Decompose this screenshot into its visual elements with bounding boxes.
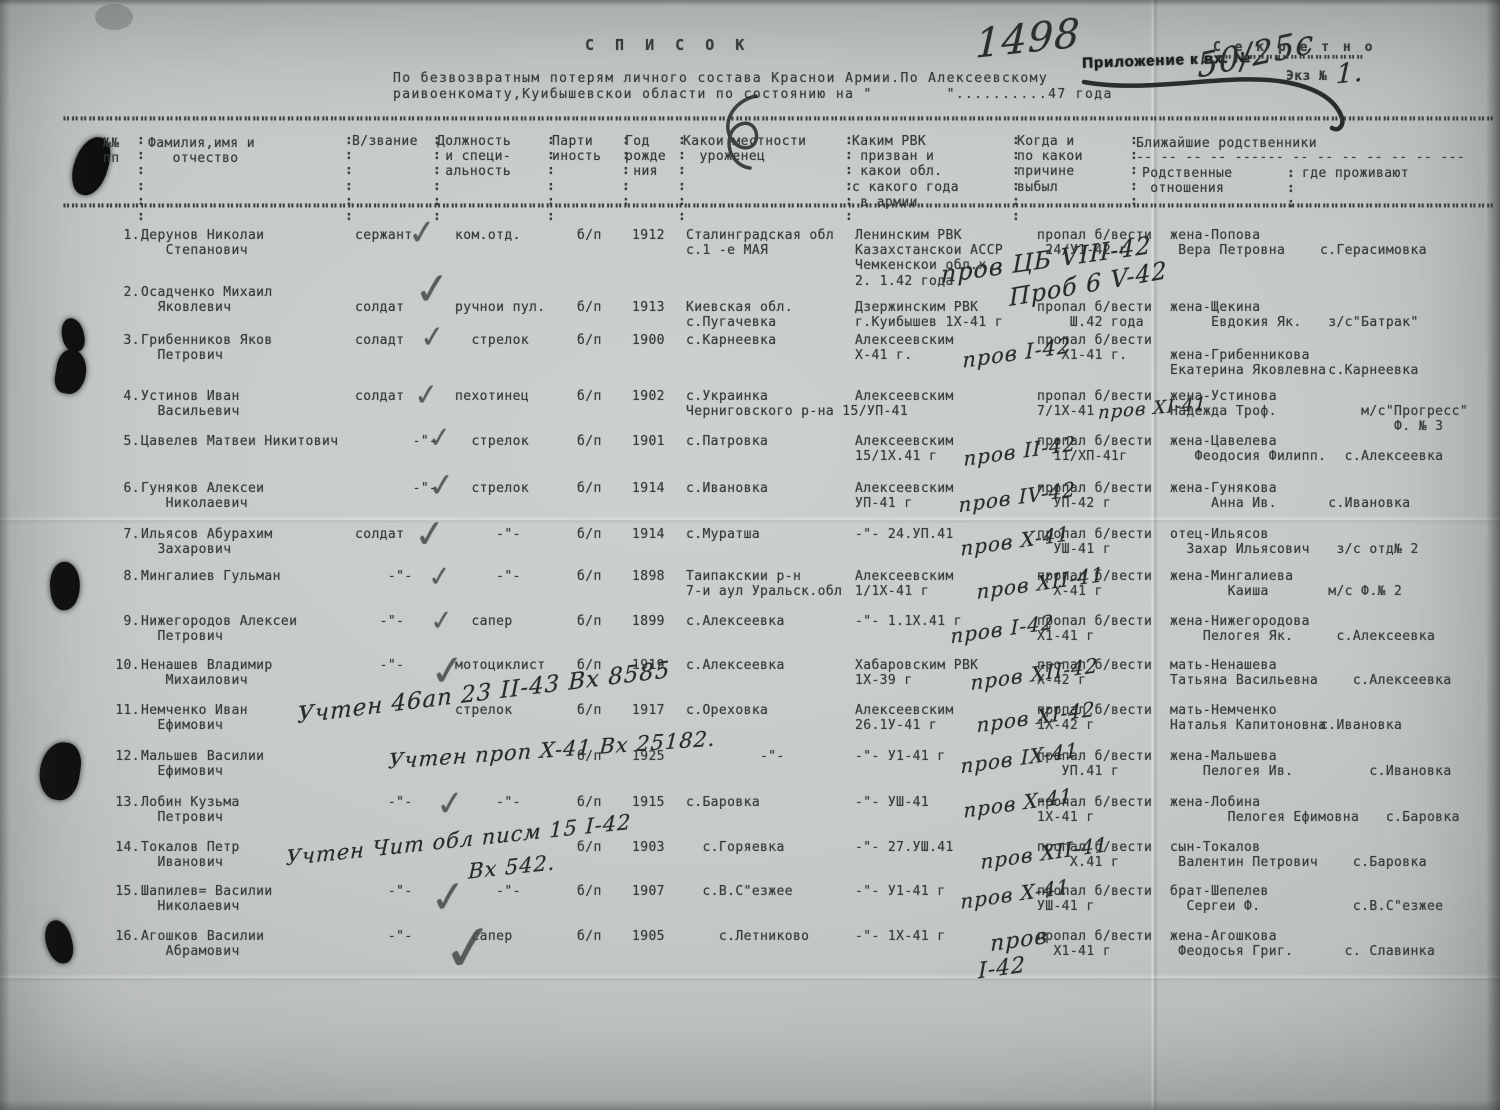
paper-fold-crease xyxy=(0,974,1500,982)
row-birthplace: с.В.С"езжее xyxy=(686,884,793,899)
row-rank: солдат xyxy=(355,389,404,404)
row-party-status: б/п xyxy=(577,884,602,899)
row-number: 4. xyxy=(100,389,140,404)
document-number-handwritten: 1498 xyxy=(974,10,1081,67)
row-residence: м/с"Прогресс" Ф. № 3 xyxy=(1320,389,1468,435)
row-full-name: Осадченко Михаил Яковлевич xyxy=(141,285,273,315)
horizontal-divider: """"""""""""""""""""""""""""""""""""""""… xyxy=(62,203,1494,219)
row-birth-year: 1914 xyxy=(632,481,665,496)
row-birth-year: 1912 xyxy=(632,228,665,243)
row-number: 10. xyxy=(100,658,140,673)
row-residence: с.Алексеевка xyxy=(1320,614,1435,644)
scanned-document-page: С П И С О К 1498 Приложение к вх. № 50/2… xyxy=(0,0,1500,1110)
row-number: 16. xyxy=(100,929,140,944)
row-rvk: Алексеевским Х-41 г. xyxy=(855,333,954,363)
checkmark-annotation: ✓ xyxy=(426,559,453,594)
handwritten-annotation: пров XII-42 xyxy=(971,653,1099,695)
row-birth-year: 1905 xyxy=(632,929,665,944)
row-number: 15. xyxy=(100,884,140,899)
checkmark-annotation: ✓ xyxy=(434,783,467,826)
row-relative: жена-Мингалиева Каиша xyxy=(1170,569,1293,599)
row-full-name: Немченко Иван Ефимович xyxy=(141,703,248,733)
row-party-status: б/п xyxy=(577,333,602,348)
header-col-when-lost: Когда и по какои причине выбыл xyxy=(1017,134,1083,195)
row-number: 11. xyxy=(100,703,140,718)
row-position: -"- xyxy=(455,527,521,542)
row-relative: жена-Нижегородова Пелогея Як. xyxy=(1170,614,1310,644)
row-position: стрелок xyxy=(455,333,529,348)
row-party-status: б/п xyxy=(577,389,602,404)
header-col-name: Фамилия,имя и отчество xyxy=(148,136,255,166)
row-position: мотоциклист xyxy=(455,658,546,673)
row-rank: -"- xyxy=(355,795,413,810)
column-separator: : : : : : : xyxy=(678,133,686,224)
row-party-status: б/п xyxy=(577,285,602,315)
row-full-name: Гуняков Алексеи Николаевич xyxy=(141,481,264,511)
row-number: 1. xyxy=(100,228,140,243)
row-birthplace: с.Горяевка xyxy=(686,840,785,855)
header-col-relation: Родственные отношения xyxy=(1142,166,1233,196)
checkmark-annotation: ✓ xyxy=(426,420,453,455)
row-residence: м/с Ф.№ 2 xyxy=(1320,569,1402,599)
paper-tear-artifact xyxy=(36,739,84,802)
row-birth-year: 1913 xyxy=(632,285,665,315)
row-relative: жена-Попова Вера Петровна xyxy=(1170,228,1285,258)
checkmark-annotation: ✓ xyxy=(412,510,448,557)
row-residence: с.В.С"езжее xyxy=(1320,884,1443,914)
row-full-name: Агошков Василии Абрамович xyxy=(141,929,264,959)
row-birth-year: 1914 xyxy=(632,527,665,542)
row-residence: с.Карнеевка xyxy=(1320,333,1419,379)
row-position: ручнои пул. xyxy=(455,285,546,315)
row-residence: с.Баровка xyxy=(1320,795,1460,825)
row-party-status: б/п xyxy=(577,795,602,810)
paper-tear-artifact xyxy=(60,317,87,354)
header-col-rank: В/звание xyxy=(352,134,418,149)
row-party-status: б/п xyxy=(577,481,602,496)
paper-fold-crease xyxy=(0,516,1500,524)
row-rvk: -"- 1.1Х.41 г xyxy=(855,614,962,629)
header-col-birth-year: Год рожде ния xyxy=(625,134,666,180)
column-separator: : : : : : : xyxy=(345,133,353,224)
checkmark-annotation: ✓ xyxy=(411,262,453,317)
column-separator: : : : : : xyxy=(622,133,630,209)
row-full-name: Лобин Кузьма Петрович xyxy=(141,795,240,825)
row-number: 14. xyxy=(100,840,140,855)
row-birthplace: с.Алексеевка xyxy=(686,658,785,673)
row-rvk: Алексеевским xyxy=(855,389,954,404)
row-position: сапер xyxy=(455,614,513,629)
row-birth-year: 1898 xyxy=(632,569,665,584)
copy-label: Экз № xyxy=(1286,69,1327,84)
row-rvk: -"- 27.УШ.41 xyxy=(855,840,954,855)
checkmark-annotation: ✓ xyxy=(406,212,439,255)
document-subtitle-line1: По безвозвратным потерям личного состава… xyxy=(393,71,1048,86)
row-birth-year: 1900 xyxy=(632,333,665,348)
row-birth-year: 1899 xyxy=(632,614,665,629)
header-col-residence: где проживают xyxy=(1302,166,1409,181)
row-rank: -"- xyxy=(355,614,404,629)
row-party-status: б/п xyxy=(577,929,602,944)
row-full-name: Токалов Петр Иванович xyxy=(141,840,240,870)
row-relative: сын-Токалов Валентин Петрович xyxy=(1170,840,1318,870)
checkmark-annotation: ✓ xyxy=(438,909,499,988)
row-residence: с.Ивановка xyxy=(1320,749,1452,779)
row-relative: мать-Немченко Наталья Капитоновна xyxy=(1170,703,1326,733)
row-residence: с.Баровка xyxy=(1320,840,1427,870)
row-rank: -"- xyxy=(355,929,413,944)
row-residence: з/с"Батрак" xyxy=(1320,285,1419,331)
row-rvk: Алексеевским 1/1Х-41 г xyxy=(855,569,954,599)
row-rank: -"- xyxy=(355,434,437,449)
row-relative: жена-Цавелева Феодосия Филипп. xyxy=(1170,434,1326,464)
row-full-name: Шапилев= Василии Николаевич xyxy=(141,884,273,914)
row-rvk: Алексеевским 15/1Х.41 г xyxy=(855,434,954,464)
header-col-birthplace: Какои местности уроженец xyxy=(683,134,806,164)
row-party-status: б/п xyxy=(577,527,602,542)
row-birthplace: с.Ивановка xyxy=(686,481,768,496)
checkmark-annotation: ✓ xyxy=(428,644,468,696)
row-fate: пропал б/вести Х1-41 г xyxy=(1037,929,1152,959)
row-birth-year: 1903 xyxy=(632,840,665,855)
row-birthplace: с.Алексеевка xyxy=(686,614,785,629)
row-relative: жена-Щекина Евдокия Як. xyxy=(1170,285,1302,331)
row-rank: -"- xyxy=(355,658,404,673)
handwritten-annotation: пров I-42 xyxy=(963,333,1072,372)
column-separator: : : : : : : xyxy=(1012,133,1020,224)
row-birthplace: Киевская обл. с.Пугачевка xyxy=(686,285,793,331)
row-relative: жена-Агошкова Феодосья Григ. xyxy=(1170,929,1293,959)
handwritten-annotation: Учтен проп X-41 Вх 25182. xyxy=(388,726,717,773)
row-full-name: Мальшев Василии Ефимович xyxy=(141,749,264,779)
row-number: 5. xyxy=(100,434,140,449)
row-full-name: Устинов Иван Васильевич xyxy=(141,389,240,419)
secrecy-label: С е к р е т н о xyxy=(1213,40,1375,55)
row-birth-year: 1917 xyxy=(632,703,665,718)
row-full-name: Ненашев Владимир Михаилович xyxy=(141,658,273,688)
row-residence: с.Герасимовка xyxy=(1320,228,1427,258)
checkmark-annotation: ✓ xyxy=(428,603,455,638)
row-number: 13. xyxy=(100,795,140,810)
header-col-relatives: Ближайшие родственники xyxy=(1136,136,1317,151)
row-relative: мать-Ненашева Татьяна Васильевна xyxy=(1170,658,1318,688)
checkmark-annotation: ✓ xyxy=(418,319,447,356)
row-birthplace: с.Баровка xyxy=(686,795,760,810)
row-number: 6. xyxy=(100,481,140,496)
row-full-name: Мингалиев Гульман xyxy=(141,569,281,584)
row-rank: солдат xyxy=(355,285,404,315)
paper-tear-artifact xyxy=(52,348,89,397)
row-birthplace: с.Карнеевка xyxy=(686,333,777,348)
row-birth-year: 1902 xyxy=(632,389,665,404)
horizontal-divider: """"""""""""""""""""""""""""""""""""""""… xyxy=(62,116,1494,132)
header-col-number: №№ пп xyxy=(103,136,119,166)
row-full-name: Нижегородов Алексеи Петрович xyxy=(141,614,297,644)
row-rvk: Алексеевским 26.1У-41 г xyxy=(855,703,954,733)
row-birth-year: 1907 xyxy=(632,884,665,899)
header-col-party: Парти иность xyxy=(552,134,601,164)
row-full-name: Ильясов Абурахим Захарович xyxy=(141,527,273,557)
row-birthplace: с.Летниково xyxy=(686,929,809,944)
row-full-name: Дерунов Николаи Степанович xyxy=(141,228,264,258)
row-birthplace: Таипакскии р-н 7-и аул Уральск.обл xyxy=(686,569,842,599)
row-relative: отец-Ильясов Захар Ильясович xyxy=(1170,527,1310,557)
row-rvk: -"- 1Х-41 г xyxy=(855,929,946,944)
row-number: 3. xyxy=(100,333,140,348)
row-number: 2. xyxy=(100,285,140,300)
column-separator: : : : : : : xyxy=(547,133,555,224)
handwritten-annotation: Вх 542. xyxy=(468,850,556,883)
row-relative: жена-Мальшева Пелогея Ив. xyxy=(1170,749,1293,779)
row-rvk: -"- 24.УП.41 xyxy=(855,527,954,542)
row-rvk: -"- УШ-41 xyxy=(855,795,929,810)
row-number: 7. xyxy=(100,527,140,542)
row-rvk: Хабаровским РВК 1Х-39 г xyxy=(855,658,978,688)
row-birth-year: 1901 xyxy=(632,434,665,449)
header-col-rvk: Каким РВК призван и какои обл. с какого … xyxy=(852,134,959,210)
handwritten-annotation: I-42 xyxy=(978,953,1026,985)
row-birthplace: с.Патровка xyxy=(686,434,768,449)
row-party-status: б/п xyxy=(577,840,602,855)
row-party-status: б/п xyxy=(577,569,602,584)
checkmark-annotation: ✓ xyxy=(426,465,457,506)
paper-tear-artifact xyxy=(48,561,83,612)
row-rank: -"- xyxy=(355,884,413,899)
row-number: 9. xyxy=(100,614,140,629)
row-position: -"- xyxy=(455,569,521,584)
row-relative: жена-Гунякова Анна Ив. xyxy=(1170,481,1277,511)
document-title: С П И С О К xyxy=(585,38,750,53)
row-birthplace: с.Ореховка xyxy=(686,703,768,718)
row-number: 12. xyxy=(100,749,140,764)
row-relative: жена-Грибенникова Екатерина Яковлевна xyxy=(1170,333,1326,379)
row-residence: з/с отд№ 2 xyxy=(1320,527,1419,557)
paper-smudge-artifact xyxy=(95,4,133,30)
row-rvk: Дзержинским РВК г.Куибышев 1Х-41 г xyxy=(855,285,1003,331)
row-residence: с.Алексеевка xyxy=(1320,658,1452,688)
row-rvk: -"- У1-41 г xyxy=(855,749,946,764)
row-position: стрелок xyxy=(455,434,529,449)
header-relatives-dashes: -- -- -- -- ------ -- -- -- -- -- -- --- xyxy=(1136,150,1484,165)
handwritten-annotation: пров II-42 xyxy=(964,431,1077,471)
checkmark-annotation: ✓ xyxy=(412,377,441,414)
paper-tear-artifact xyxy=(42,918,77,966)
column-separator: : : : : : : xyxy=(845,133,853,224)
row-position: стрелок xyxy=(455,481,529,496)
column-separator: : : : : : xyxy=(1130,133,1138,209)
row-rvk: Алексеевским УП-41 г xyxy=(855,481,954,511)
row-residence: с.Ивановка xyxy=(1320,703,1402,733)
row-number: 8. xyxy=(100,569,140,584)
row-rank: солдат xyxy=(355,527,404,542)
row-position: ком.отд. xyxy=(455,228,521,243)
row-residence: с. Славинка xyxy=(1320,929,1435,959)
row-rank: -"- xyxy=(355,569,413,584)
column-separator: : : : : : : xyxy=(137,133,145,224)
row-residence: с.Ивановка xyxy=(1320,481,1411,511)
row-party-status: б/п xyxy=(577,434,602,449)
column-separator: : : : xyxy=(1287,166,1295,212)
copy-number-handwritten: 1. xyxy=(1336,56,1365,90)
row-full-name: Цавелев Матвеи Никитович xyxy=(141,434,338,449)
row-rank: соладт xyxy=(355,333,404,348)
row-party-status: б/п xyxy=(577,614,602,629)
row-birth-year: 1915 xyxy=(632,795,665,810)
row-position: пехотинец xyxy=(455,389,529,404)
row-party-status: б/п xyxy=(577,703,602,718)
header-col-position: Должность и специ- альность xyxy=(437,134,511,180)
row-birthplace: Сталинградская обл с.1 -е МАЯ xyxy=(686,228,834,258)
row-rank: -"- xyxy=(355,481,437,496)
row-residence: с.Алексеевка xyxy=(1320,434,1443,464)
row-rvk: -"- У1-41 г xyxy=(855,884,946,899)
row-rank: сержант xyxy=(355,228,413,243)
row-full-name: Грибенников Яков Петрович xyxy=(141,333,273,363)
row-party-status: б/п xyxy=(577,228,602,243)
row-relative: брат-Шепелев Сергеи Ф. xyxy=(1170,884,1269,914)
row-birthplace: с.Муратша xyxy=(686,527,760,542)
